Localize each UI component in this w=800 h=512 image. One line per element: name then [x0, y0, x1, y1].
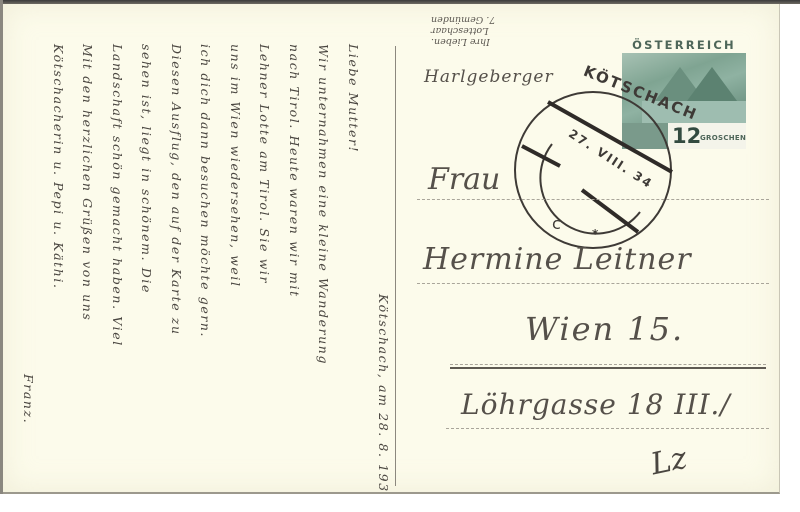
address-city: Wien 15. — [525, 310, 684, 348]
message-dateline: Kötschach, am 28. 8. 1934. — [368, 44, 393, 492]
initials-signature: Lz — [648, 441, 690, 483]
address-salutation: Frau — [428, 162, 500, 197]
address-rule — [450, 364, 766, 365]
message-line: Landschaft schön gemacht haben. Viel — [103, 44, 133, 492]
sender-note-line: 7. Gemünden — [431, 14, 495, 25]
message-line: sehen ist, liegt in schönem. Die — [132, 44, 162, 492]
address-rule — [446, 428, 769, 429]
message-signoff: Franz. — [14, 44, 44, 492]
city-underline — [450, 367, 766, 369]
message-line: Wir unternahmen eine kleine Wanderung — [309, 44, 339, 492]
sender-note-line: Ihre Lieben. — [431, 36, 495, 47]
stamp-unit: GROSCHEN — [700, 134, 746, 142]
center-divider — [395, 46, 396, 486]
message-line: uns im Wien wiedersehen, weil — [221, 44, 251, 492]
address-name: Hermine Leitner — [423, 242, 692, 277]
postmark-code: c — [552, 214, 561, 233]
stamp-country: ÖSTERREICH — [622, 36, 746, 54]
postmark: KÖTSCHACH 27. VIII. 34 c * — [510, 82, 680, 252]
address-street: Löhrgasse 18 III./ — [461, 388, 731, 421]
message-line: Lehner Lotte am Tirol. Sie wir — [250, 44, 280, 492]
sender-note-line: Lotteschaar — [431, 25, 495, 36]
postmark-star: * — [592, 227, 598, 241]
message-area: Kötschach, am 28. 8. 1934. Liebe Mutter!… — [3, 4, 393, 492]
message-greeting: Liebe Mutter! — [339, 44, 369, 492]
address-rule — [417, 283, 769, 284]
postcard: Kötschach, am 28. 8. 1934. Liebe Mutter!… — [3, 4, 780, 494]
scan-bottom-margin — [0, 494, 800, 512]
message-line: Mit den herzlichen Grüßen von uns — [73, 44, 103, 492]
message-line: ich dich dann besuchen möchte gern. — [191, 44, 221, 492]
message-line: nach Tirol. Heute waren wir mit — [280, 44, 310, 492]
mountain-shape — [684, 67, 740, 105]
sender-note: Ihre Lieben. Lotteschaar 7. Gemünden — [431, 14, 495, 47]
message-text: Kötschach, am 28. 8. 1934. Liebe Mutter!… — [14, 44, 393, 492]
address-rule — [417, 199, 769, 200]
message-line: Diesen Ausflug, den auf der Karte zu — [162, 44, 192, 492]
message-line: Kötschacherin u. Pepi u. Käthi. — [44, 44, 74, 492]
